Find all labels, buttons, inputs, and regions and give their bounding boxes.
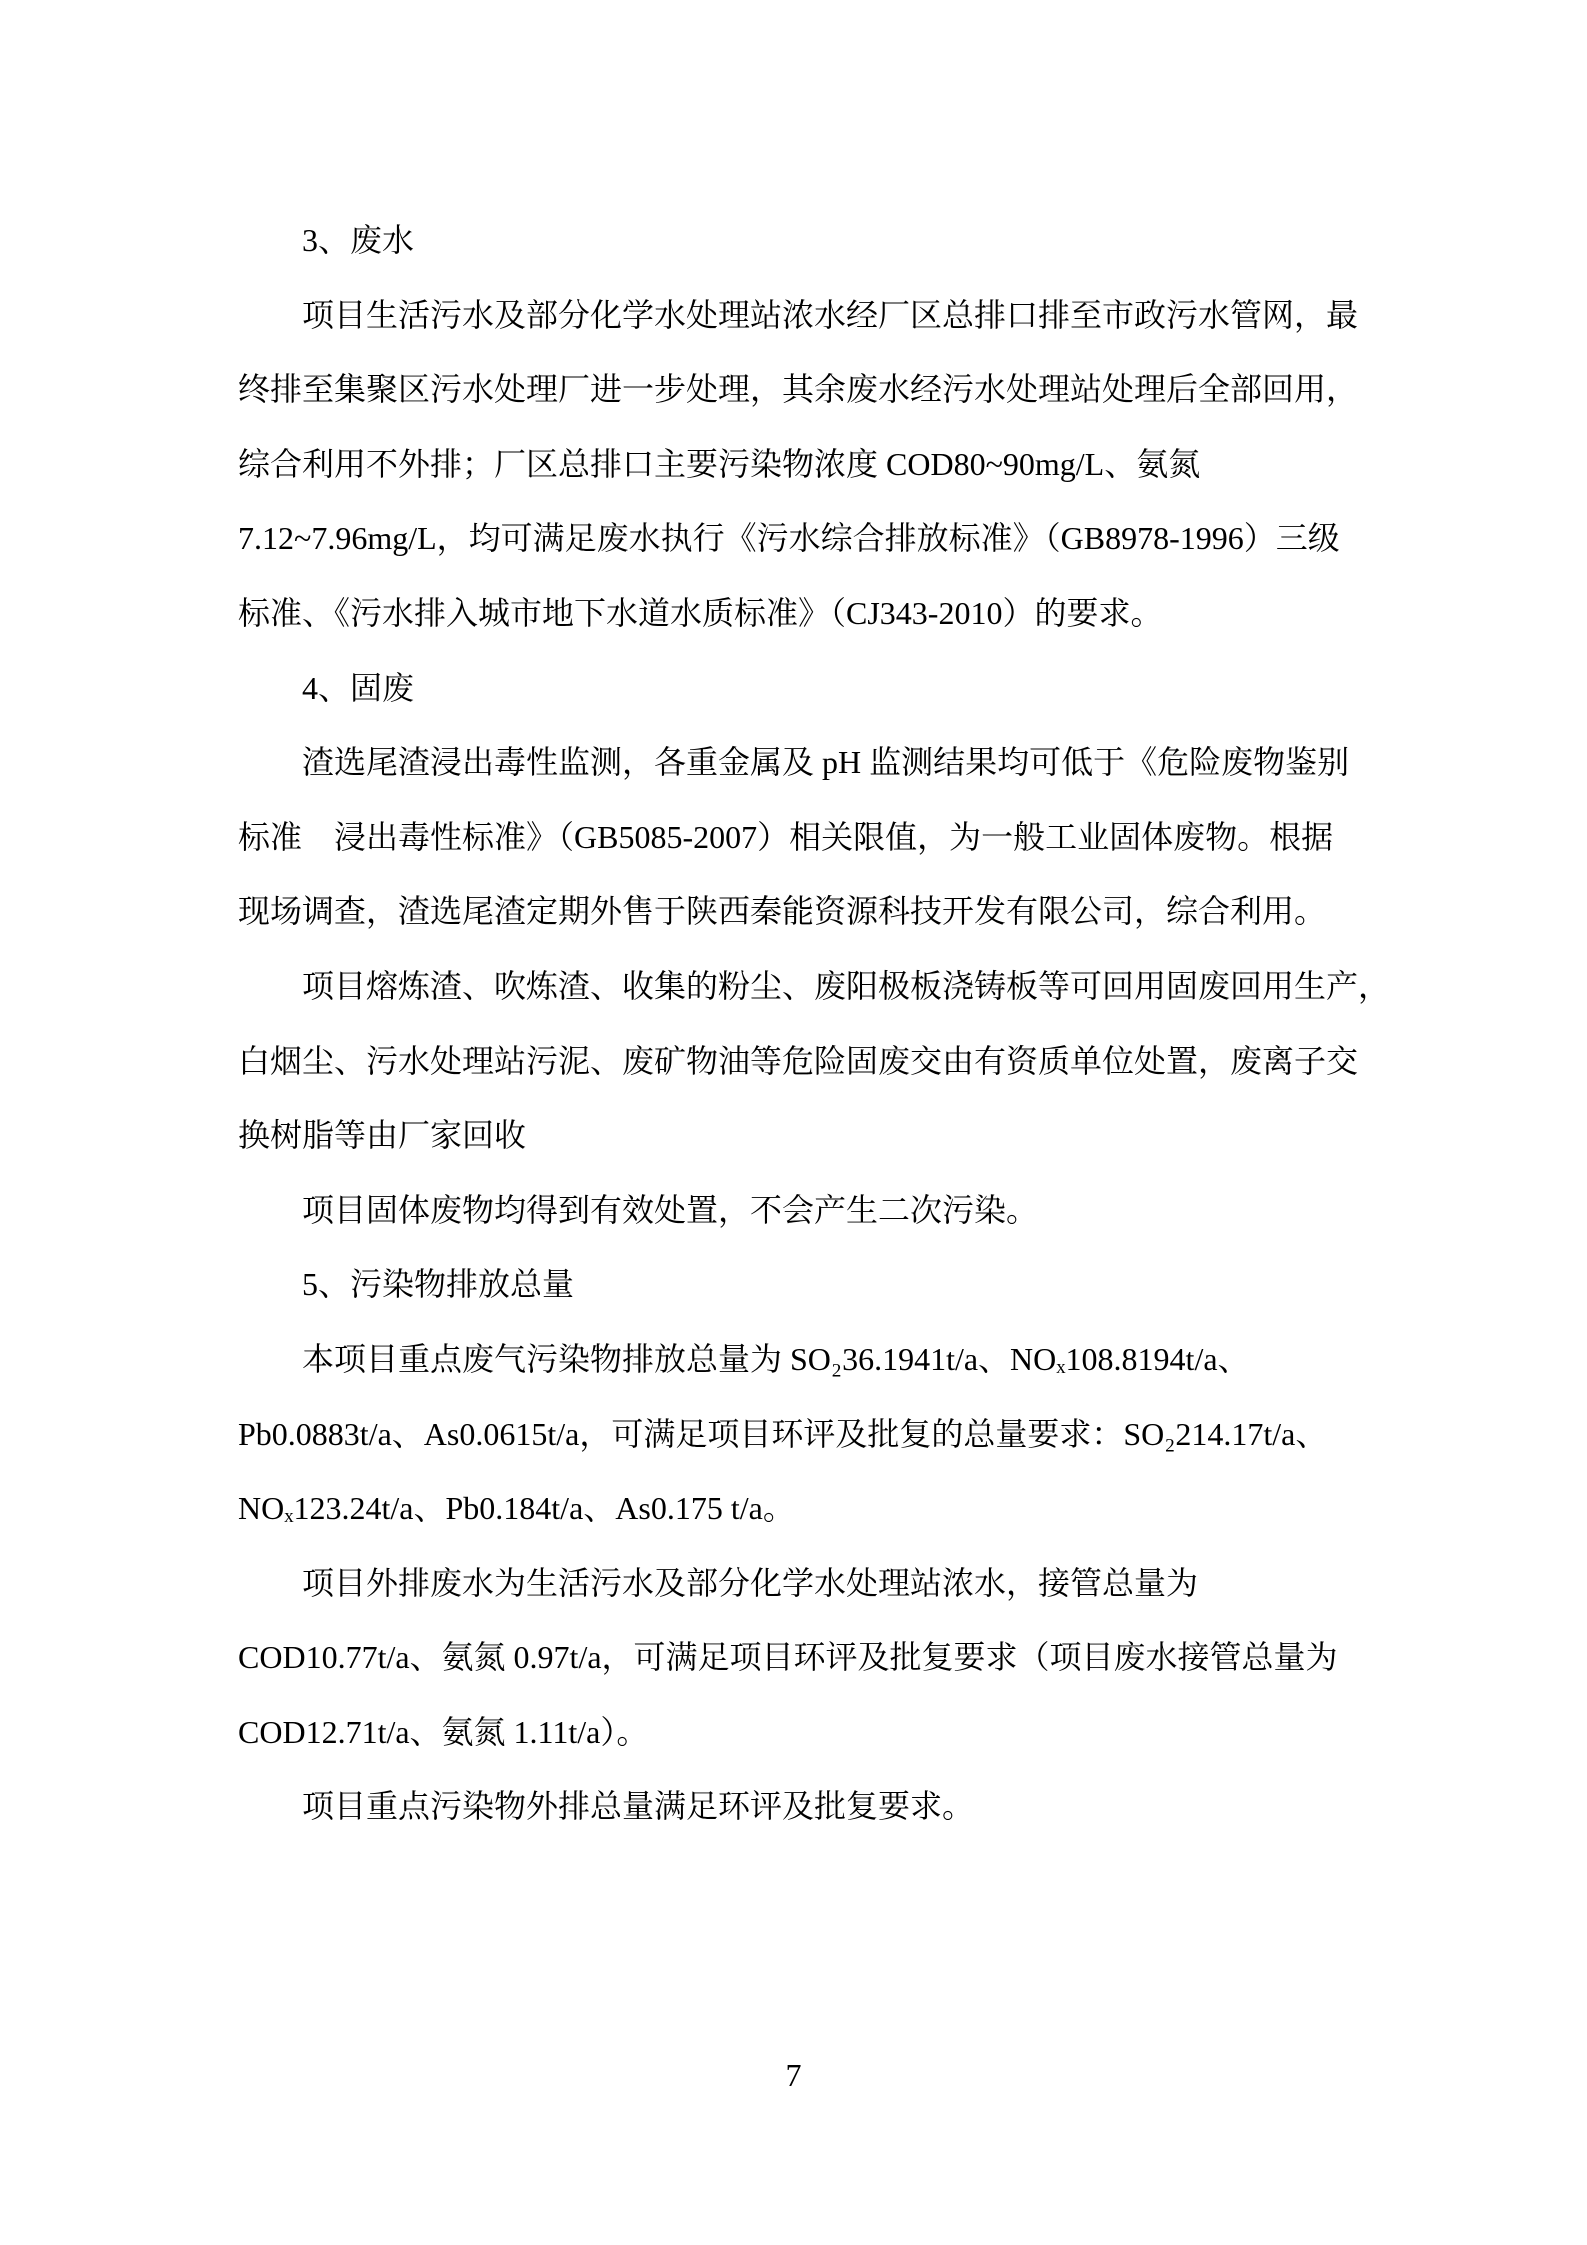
text-line: 7.12~7.96mg/L，均可满足废水执行《污水综合排放标准》（GB8978-… [238, 501, 1368, 576]
text-line: 现场调查，渣选尾渣定期外售于陕西秦能资源科技开发有限公司，综合利用。 [238, 874, 1368, 949]
section-heading-solid-waste: 4、固废 [238, 651, 1368, 726]
text-line: 项目重点污染物外排总量满足环评及批复要求。 [238, 1769, 1368, 1844]
section-heading-total-emission: 5、污染物排放总量 [238, 1247, 1368, 1322]
text-line: 白烟尘、污水处理站污泥、废矿物油等危险固废交由有资质单位处置，废离子交 [238, 1024, 1368, 1099]
text-line: 项目外排废水为生活污水及部分化学水处理站浓水，接管总量为 [238, 1546, 1368, 1621]
document-body: 3、废水 项目生活污水及部分化学水处理站浓水经厂区总排口排至市政污水管网，最 终… [238, 203, 1368, 1844]
text-line: 标准、《污水排入城市地下水道水质标准》（CJ343-2010）的要求。 [238, 576, 1368, 651]
text-line: COD12.71t/a、氨氮 1.11t/a）。 [238, 1695, 1368, 1770]
text-line: 项目固体废物均得到有效处置，不会产生二次污染。 [238, 1173, 1368, 1248]
text-line: 项目生活污水及部分化学水处理站浓水经厂区总排口排至市政污水管网，最 [238, 278, 1368, 353]
document-page: 3、废水 项目生活污水及部分化学水处理站浓水经厂区总排口排至市政污水管网，最 终… [0, 0, 1587, 2245]
text-line: 标准 浸出毒性标准》（GB5085-2007）相关限值，为一般工业固体废物。根据 [238, 800, 1368, 875]
text-line: NOₓ123.24t/a、Pb0.184t/a、As0.175 t/a。 [238, 1471, 1368, 1546]
text-line: 本项目重点废气污染物排放总量为 SO₂36.1941t/a、NOₓ108.819… [238, 1322, 1368, 1397]
page-number: 7 [0, 2038, 1587, 2113]
text-line: COD10.77t/a、氨氮 0.97t/a，可满足项目环评及批复要求（项目废水… [238, 1620, 1368, 1695]
text-line: 综合利用不外排；厂区总排口主要污染物浓度 COD80~90mg/L、氨氮 [238, 427, 1368, 502]
section-heading-wastewater: 3、废水 [238, 203, 1368, 278]
text-line: 渣选尾渣浸出毒性监测，各重金属及 pH 监测结果均可低于《危险废物鉴别 [238, 725, 1368, 800]
text-line: 换树脂等由厂家回收 [238, 1098, 1368, 1173]
text-line: Pb0.0883t/a、As0.0615t/a，可满足项目环评及批复的总量要求：… [238, 1397, 1368, 1472]
text-line: 终排至集聚区污水处理厂进一步处理，其余废水经污水处理站处理后全部回用， [238, 352, 1368, 427]
text-line: 项目熔炼渣、吹炼渣、收集的粉尘、废阳极板浇铸板等可回用固废回用生产， [238, 949, 1368, 1024]
